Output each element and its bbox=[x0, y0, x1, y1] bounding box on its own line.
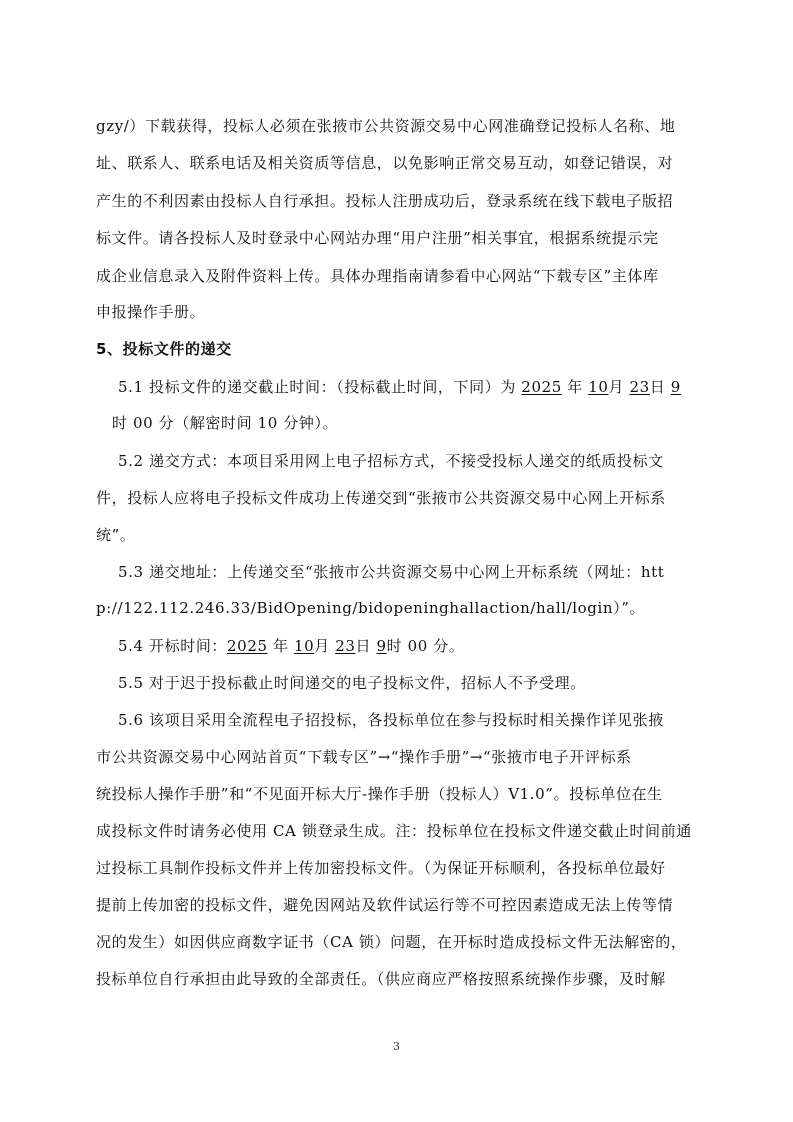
clause-5-2-line-2: 件，投标人应将电子投标文件成功上传递交到“张掖市公共资源交易中心网上开标系 bbox=[96, 488, 696, 508]
clause-5-1-line-1: 5.1 投标文件的递交截止时间：（投标截止时间，下同）为 2025 年 10月 … bbox=[118, 377, 718, 397]
intro-line-5: 成企业信息录入及附件资料上传。具体办理指南请参看中心网站“下载专区”主体库 bbox=[96, 266, 696, 286]
opening-day: 23 bbox=[335, 637, 355, 655]
clause-5-2-line-1: 5.2 递交方式：本项目采用网上电子招标方式，不接受投标人递交的纸质投标文 bbox=[118, 451, 718, 471]
clause-5-6-line-1: 5.6 该项目采用全流程电子招投标，各投标单位在参与投标时相关操作详见张掖 bbox=[118, 710, 718, 730]
deadline-year: 2025 bbox=[521, 378, 562, 396]
clause-5-6-line-7: 况的发生）如因供应商数字证书（CA 锁）问题，在开标时造成投标文件无法解密的， bbox=[96, 932, 696, 952]
clause-5-6-line-4: 成投标文件时请务必使用 CA 锁登录生成。注：投标单位在投标文件递交截止时间前通 bbox=[96, 821, 696, 841]
month-label: 月 bbox=[609, 378, 630, 396]
clause-5-6-line-2: 市公共资源交易中心网站首页“下载专区”→“操作手册”→“张掖市电子开评标系 bbox=[96, 747, 696, 767]
clause-5-2-line-3: 统”。 bbox=[96, 525, 696, 545]
clause-5-5: 5.5 对于迟于投标截止时间递交的电子投标文件，招标人不予受理。 bbox=[118, 673, 718, 693]
intro-line-1: gzy/）下载获得，投标人必须在张掖市公共资源交易中心网准确登记投标人名称、地 bbox=[96, 116, 696, 136]
clause-5-3-line-1: 5.3 递交地址：上传递交至“张掖市公共资源交易中心网上开标系统（网址：htt bbox=[118, 562, 718, 582]
day-label: 日 bbox=[650, 378, 671, 396]
deadline-day: 23 bbox=[629, 378, 649, 396]
intro-line-2: 址、联系人、联系电话及相关资质等信息，以免影响正常交易互动，如登记错误，对 bbox=[96, 153, 696, 173]
intro-line-6: 申报操作手册。 bbox=[96, 302, 696, 322]
year-label: 年 bbox=[562, 378, 588, 396]
clause-5-6-line-8: 投标单位自行承担由此导致的全部责任。（供应商应严格按照系统操作步骤，及时解 bbox=[96, 969, 696, 989]
clause-5-1-line-2: 时 00 分（解密时间 10 分钟）。 bbox=[112, 413, 712, 433]
intro-line-4: 标文件。请各投标人及时登录中心网站办理“用户注册”相关事宜，根据系统提示完 bbox=[96, 228, 696, 248]
opening-month: 10 bbox=[294, 637, 314, 655]
clause-5-3-line-2: p://122.112.246.33/BidOpening/bidopening… bbox=[96, 598, 696, 618]
opening-hour: 9 bbox=[376, 637, 386, 655]
month-label: 月 bbox=[314, 637, 335, 655]
clause-5-4: 5.4 开标时间：2025 年 10月 23日 9时 00 分。 bbox=[118, 636, 718, 656]
clause-5-4-prefix: 5.4 开标时间： bbox=[118, 637, 227, 655]
clause-5-1-prefix: 5.1 投标文件的递交截止时间：（投标截止时间，下同）为 bbox=[118, 378, 521, 396]
opening-year: 2025 bbox=[227, 637, 268, 655]
day-label: 日 bbox=[356, 637, 377, 655]
clause-5-6-line-5: 过投标工具制作投标文件并上传加密投标文件。（为保证开标顺利，各投标单位最好 bbox=[96, 858, 696, 878]
clause-5-6-line-3: 统投标人操作手册”和“不见面开标大厅-操作手册（投标人）V1.0”。投标单位在生 bbox=[96, 784, 696, 804]
page-number: 3 bbox=[0, 1040, 793, 1053]
deadline-month: 10 bbox=[588, 378, 608, 396]
document-page: gzy/）下载获得，投标人必须在张掖市公共资源交易中心网准确登记投标人名称、地 … bbox=[0, 0, 793, 1122]
opening-suffix: 时 00 分。 bbox=[387, 637, 465, 655]
deadline-hour: 9 bbox=[671, 378, 681, 396]
intro-line-3: 产生的不利因素由投标人自行承担。投标人注册成功后，登录系统在线下载电子版招 bbox=[96, 191, 696, 211]
clause-5-6-line-6: 提前上传加密的投标文件，避免因网站及软件试运行等不可控因素造成无法上传等情 bbox=[96, 895, 696, 915]
section-heading: 5、投标文件的递交 bbox=[96, 339, 696, 359]
year-label: 年 bbox=[268, 637, 294, 655]
